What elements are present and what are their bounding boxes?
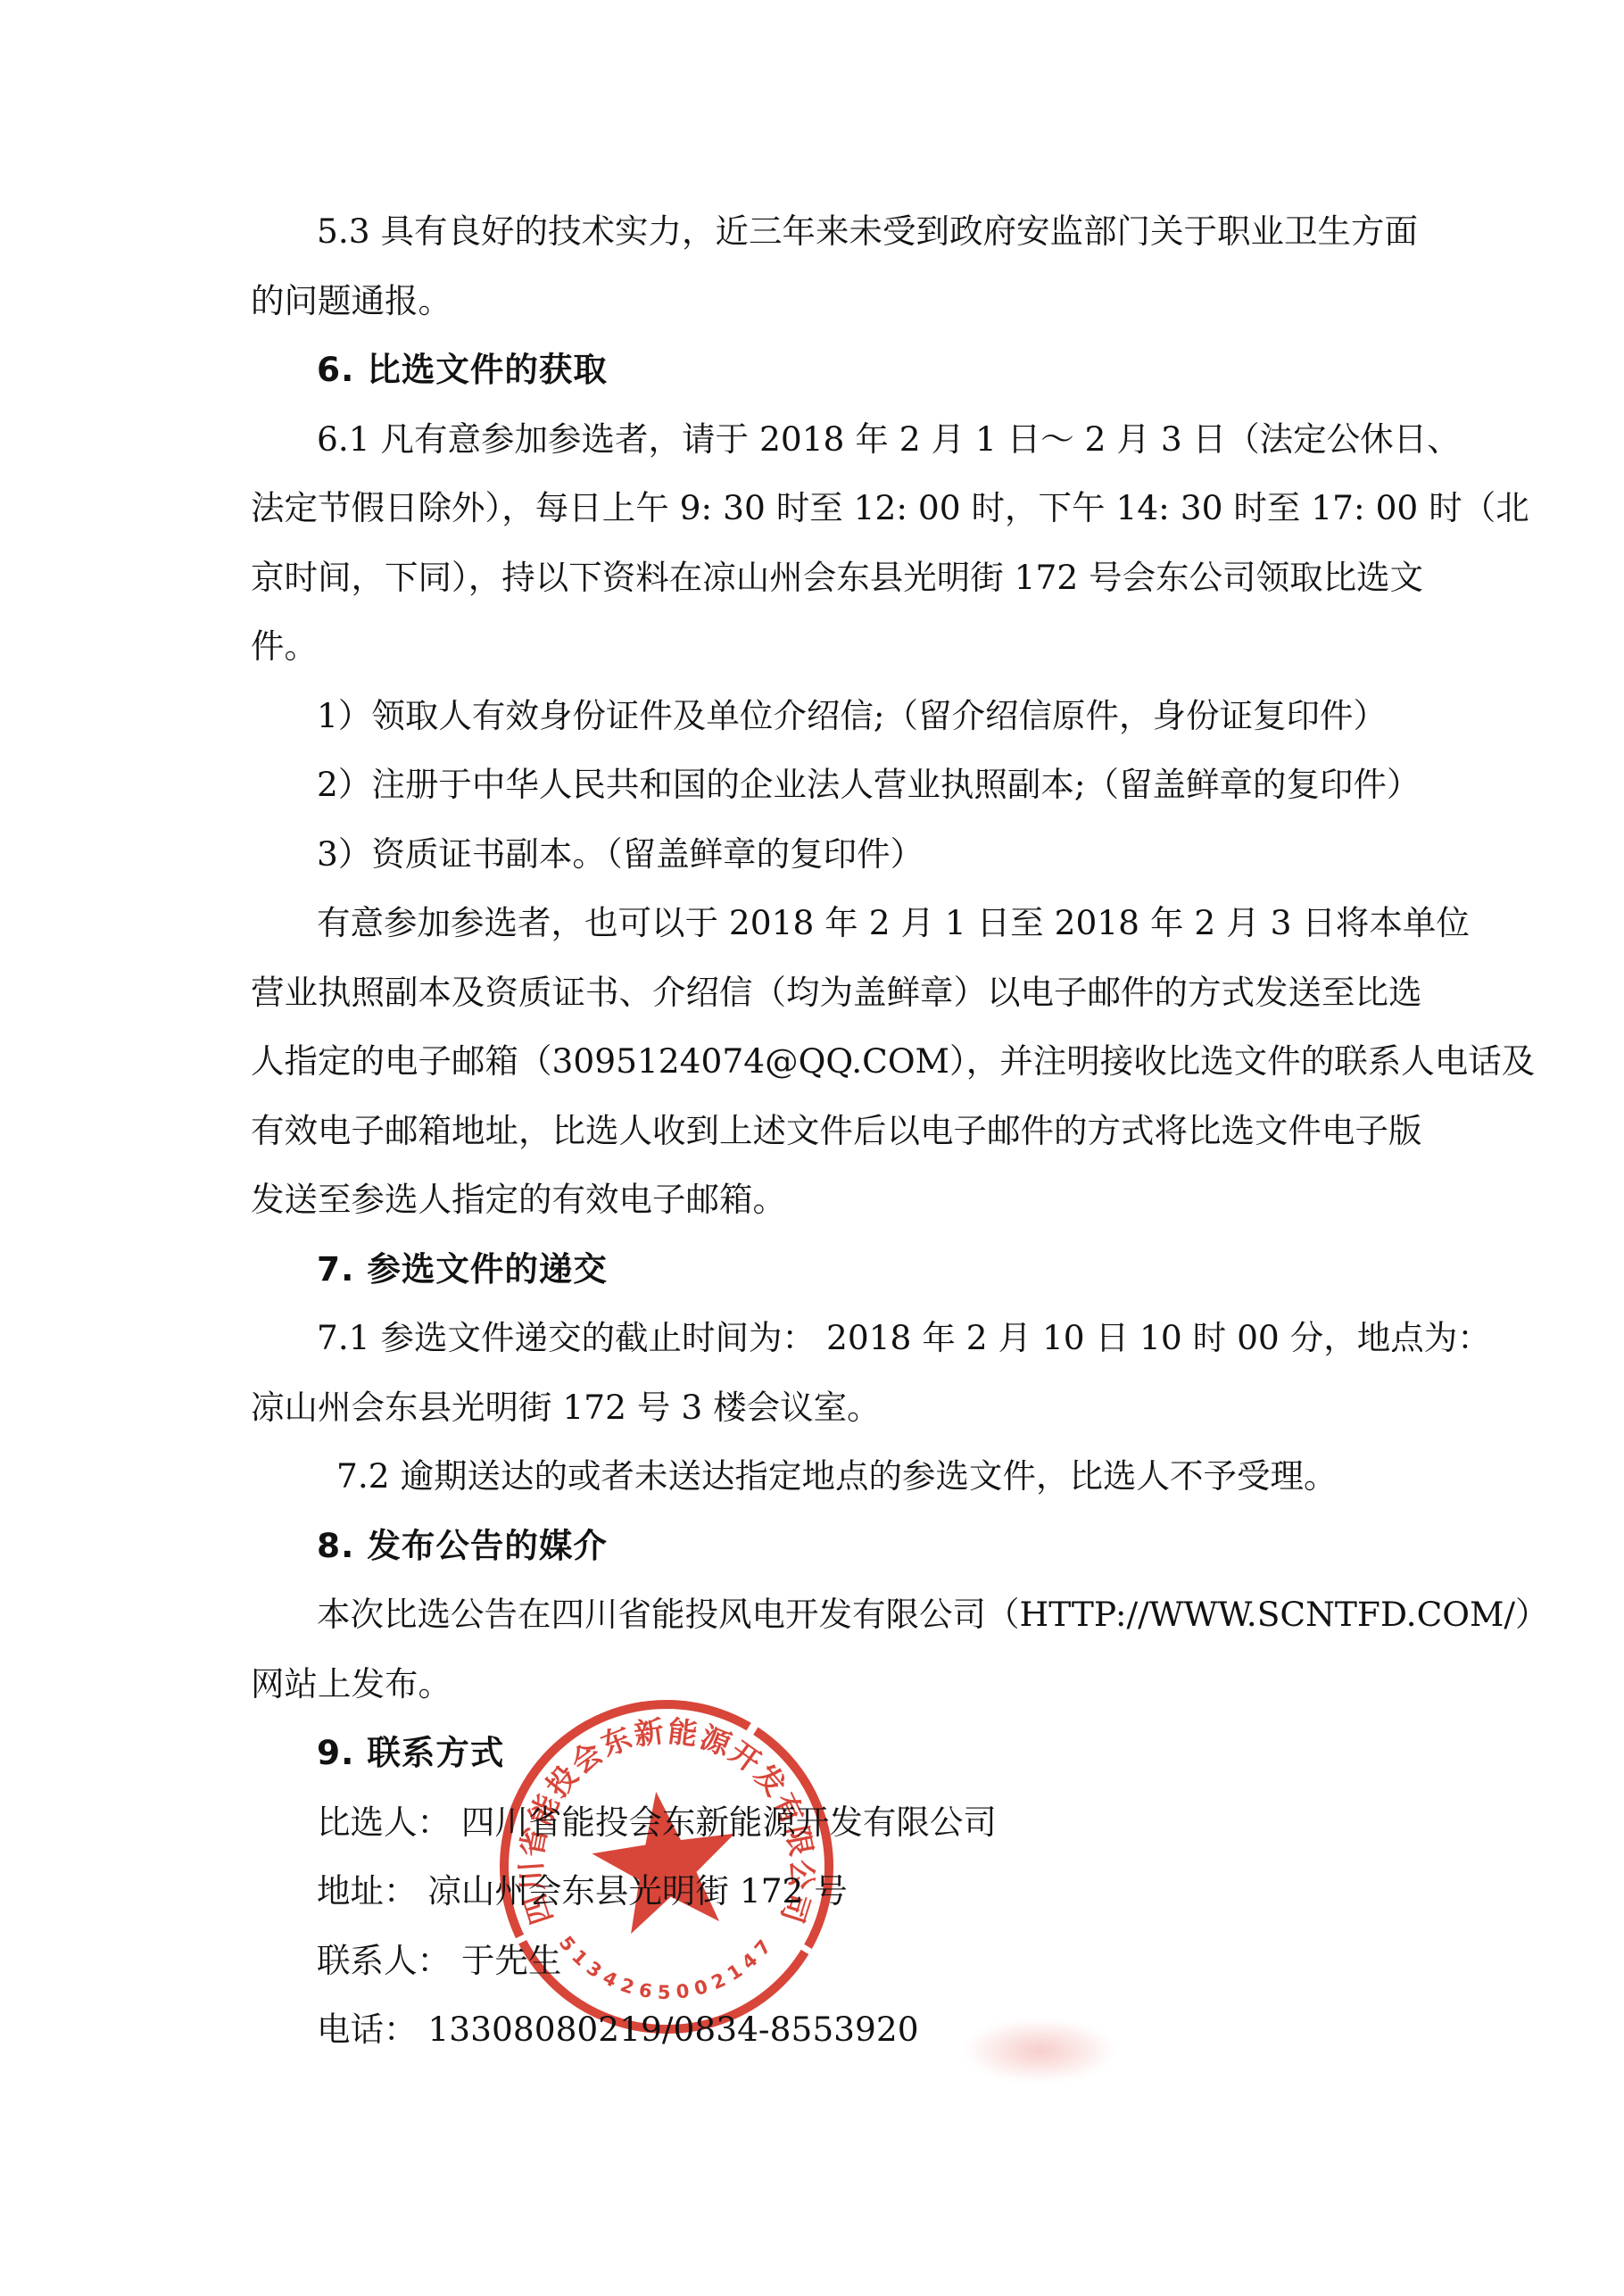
contact-address-line: 地址： 凉山州会东县光明街 172 号 xyxy=(251,1857,1416,1927)
section-heading: 7. 参选文件的递交 xyxy=(251,1235,1416,1305)
text-line: 的问题通报。 xyxy=(251,267,1416,336)
section-heading: 8. 发布公告的媒介 xyxy=(251,1512,1416,1581)
text-line: 法定节假日除外），每日上午 9: 30 时至 12: 00 时，下午 14: 3… xyxy=(251,474,1416,543)
text-line: 营业执照副本及资质证书、介绍信（均为盖鲜章）以电子邮件的方式发送至比选 xyxy=(251,958,1416,1028)
text-line: 有效电子邮箱地址，比选人收到上述文件后以电子邮件的方式将比选文件电子版 xyxy=(251,1097,1416,1166)
text-line: 5.3 具有良好的技术实力，近三年来未受到政府安监部门关于职业卫生方面 xyxy=(251,197,1416,267)
list-item: 3）资质证书副本。（留盖鲜章的复印件） xyxy=(251,820,1416,890)
document-page: 5.3 具有良好的技术实力，近三年来未受到政府安监部门关于职业卫生方面 的问题通… xyxy=(0,0,1624,2296)
text-line: 7.2 逾期送达的或者未送达指定地点的参选文件，比选人不予受理。 xyxy=(251,1442,1416,1512)
section-heading: 6. 比选文件的获取 xyxy=(251,336,1416,405)
text-line: 凉山州会东县光明街 172 号 3 楼会议室。 xyxy=(251,1373,1416,1443)
contact-person-line: 联系人： 于先生 xyxy=(251,1927,1416,1996)
list-item: 2）注册于中华人民共和国的企业法人营业执照副本;（留盖鲜章的复印件） xyxy=(251,750,1416,820)
text-line: 有意参加参选者，也可以于 2018 年 2 月 1 日至 2018 年 2 月 … xyxy=(251,889,1416,958)
text-line: 人指定的电子邮箱（3095124074@QQ.COM），并注明接收比选文件的联系… xyxy=(251,1027,1416,1097)
text-line: 件。 xyxy=(251,612,1416,682)
contact-phone-line: 电话： 13308080219/0834-8553920 xyxy=(251,1995,1416,2065)
section-heading: 9. 联系方式 xyxy=(251,1719,1416,1788)
text-line: 7.1 参选文件递交的截止时间为： 2018 年 2 月 10 日 10 时 0… xyxy=(251,1304,1416,1373)
text-line: 6.1 凡有意参加参选者，请于 2018 年 2 月 1 日～ 2 月 3 日（… xyxy=(251,405,1416,475)
contact-bidder-line: 比选人： 四川省能投会东新能源开发有限公司 xyxy=(251,1788,1416,1858)
list-item: 1）领取人有效身份证件及单位介绍信;（留介绍信原件，身份证复印件） xyxy=(251,682,1416,751)
text-line: 网站上发布。 xyxy=(251,1650,1416,1720)
document-text-block: 5.3 具有良好的技术实力，近三年来未受到政府安监部门关于职业卫生方面 的问题通… xyxy=(251,197,1416,2065)
text-line: 京时间，下同），持以下资料在凉山州会东县光明街 172 号会东公司领取比选文 xyxy=(251,543,1416,613)
text-line: 发送至参选人指定的有效电子邮箱。 xyxy=(251,1165,1416,1235)
text-line: 本次比选公告在四川省能投风电开发有限公司（HTTP://WWW.SCNTFD.C… xyxy=(251,1580,1416,1650)
